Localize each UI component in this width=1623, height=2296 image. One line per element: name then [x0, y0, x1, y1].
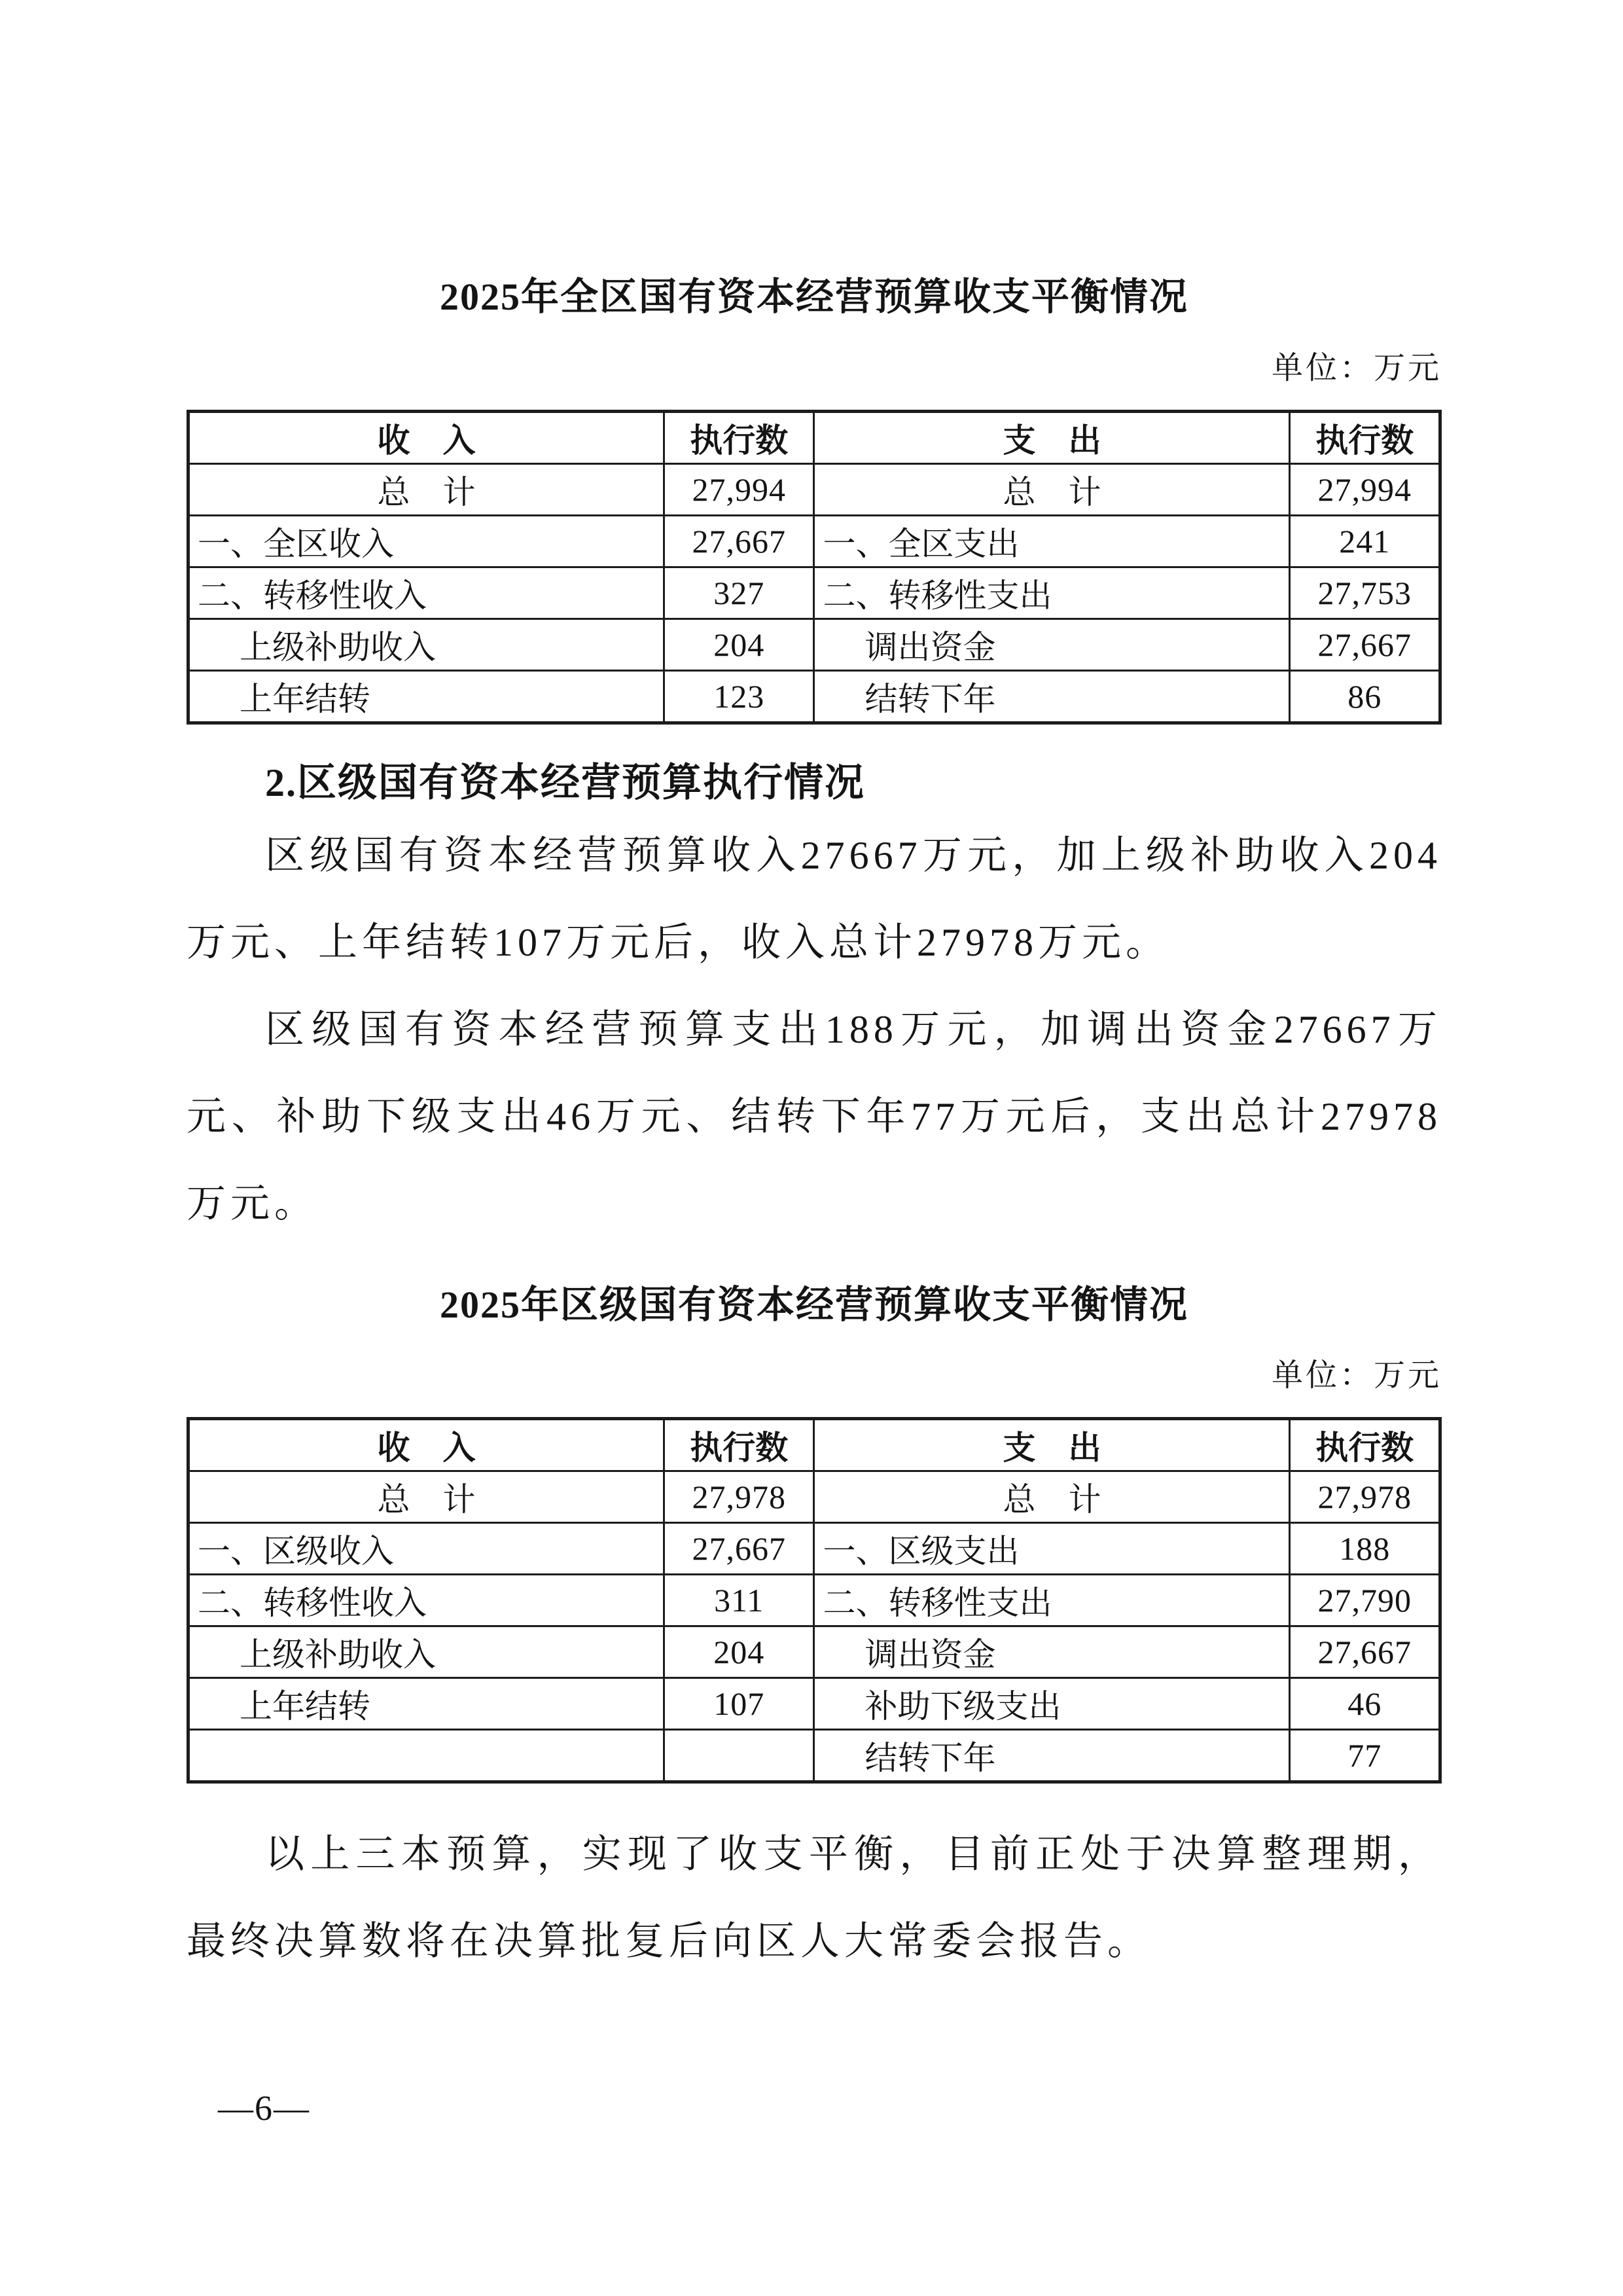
income-value: 204 — [664, 619, 814, 670]
table-row: 二、转移性收入 327 二、转移性支出 27,753 — [188, 567, 1440, 619]
income-value: 107 — [664, 1678, 814, 1730]
expense-item: 调出资金 — [814, 619, 1290, 670]
expense-value: 27,790 — [1290, 1575, 1440, 1626]
table1-title: 2025年全区国有资本经营预算收支平衡情况 — [187, 274, 1442, 321]
document-page: 2025年全区国有资本经营预算收支平衡情况 单位：万元 收 入 执行数 支 出 … — [187, 0, 1442, 1985]
income-value: 311 — [664, 1575, 814, 1626]
table-row: 上年结转 107 补助下级支出 46 — [188, 1678, 1440, 1730]
executed-header: 执行数 — [664, 411, 814, 463]
body-paragraphs: 区级国有资本经营预算收入27667万元，加上级补助收入204万元、上年结转107… — [187, 812, 1442, 1247]
expense-item: 调出资金 — [814, 1626, 1290, 1678]
expense-item: 二、转移性支出 — [814, 1575, 1290, 1626]
income-item: 一、区级收入 — [188, 1523, 664, 1575]
income-item: 上级补助收入 — [188, 619, 664, 670]
income-value: 204 — [664, 1626, 814, 1678]
expense-item: 总 计 — [814, 463, 1290, 515]
executed-header: 执行数 — [664, 1419, 814, 1471]
income-item: 总 计 — [188, 463, 664, 515]
expense-item: 结转下年 — [814, 1730, 1290, 1782]
income-header: 收 入 — [188, 1419, 664, 1471]
income-item: 二、转移性收入 — [188, 567, 664, 619]
expense-item: 一、区级支出 — [814, 1523, 1290, 1575]
income-header: 收 入 — [188, 411, 664, 463]
income-item: 上年结转 — [188, 1678, 664, 1730]
table-row: 总 计 27,978 总 计 27,978 — [188, 1471, 1440, 1523]
income-value: 327 — [664, 567, 814, 619]
expense-item: 二、转移性支出 — [814, 567, 1290, 619]
expense-item: 总 计 — [814, 1471, 1290, 1523]
expense-value: 188 — [1290, 1523, 1440, 1575]
budget-table-district-level: 收 入 执行数 支 出 执行数 总 计 27,978 总 计 27,978 一、… — [187, 1417, 1442, 1784]
expense-value: 27,667 — [1290, 1626, 1440, 1678]
expense-header: 支 出 — [814, 1419, 1290, 1471]
expense-value: 27,667 — [1290, 619, 1440, 670]
expense-item: 结转下年 — [814, 670, 1290, 723]
executed-header: 执行数 — [1290, 411, 1440, 463]
table-row: 总 计 27,994 总 计 27,994 — [188, 463, 1440, 515]
expense-value: 77 — [1290, 1730, 1440, 1782]
table-row: 上级补助收入 204 调出资金 27,667 — [188, 1626, 1440, 1678]
expense-item: 补助下级支出 — [814, 1678, 1290, 1730]
page-number: —6— — [218, 2088, 310, 2128]
income-value: 27,667 — [664, 515, 814, 567]
expense-value: 241 — [1290, 515, 1440, 567]
expense-value: 27,753 — [1290, 567, 1440, 619]
table-header-row: 收 入 执行数 支 出 执行数 — [188, 411, 1440, 463]
budget-table-district-wide: 收 入 执行数 支 出 执行数 总 计 27,994 总 计 27,994 一、… — [187, 410, 1442, 725]
income-item: 一、全区收入 — [188, 515, 664, 567]
paragraph-expense-summary: 区级国有资本经营预算支出188万元，加调出资金27667万元、补助下级支出46万… — [187, 986, 1442, 1247]
subsection-heading: 2.区级国有资本经营预算执行情况 — [187, 761, 1442, 804]
income-item: 二、转移性收入 — [188, 1575, 664, 1626]
table2-unit-label: 单位：万元 — [187, 1350, 1442, 1395]
income-item: 总 计 — [188, 1471, 664, 1523]
expense-value: 27,994 — [1290, 463, 1440, 515]
table-header-row: 收 入 执行数 支 出 执行数 — [188, 1419, 1440, 1471]
table2-title: 2025年区级国有资本经营预算收支平衡情况 — [187, 1282, 1442, 1329]
table-row: 二、转移性收入 311 二、转移性支出 27,790 — [188, 1575, 1440, 1626]
table-row: 结转下年 77 — [188, 1730, 1440, 1782]
expense-value: 46 — [1290, 1678, 1440, 1730]
income-item: 上级补助收入 — [188, 1626, 664, 1678]
executed-header: 执行数 — [1290, 1419, 1440, 1471]
income-value: 27,978 — [664, 1471, 814, 1523]
income-value-empty — [664, 1730, 814, 1782]
income-value: 27,994 — [664, 463, 814, 515]
paragraph-income-summary: 区级国有资本经营预算收入27667万元，加上级补助收入204万元、上年结转107… — [187, 812, 1442, 986]
income-value: 123 — [664, 670, 814, 723]
income-value: 27,667 — [664, 1523, 814, 1575]
table-row: 一、全区收入 27,667 一、全区支出 241 — [188, 515, 1440, 567]
expense-value: 27,978 — [1290, 1471, 1440, 1523]
expense-value: 86 — [1290, 670, 1440, 723]
expense-header: 支 出 — [814, 411, 1290, 463]
income-item-empty — [188, 1730, 664, 1782]
table-row: 上级补助收入 204 调出资金 27,667 — [188, 619, 1440, 670]
income-item: 上年结转 — [188, 670, 664, 723]
table1-unit-label: 单位：万元 — [187, 342, 1442, 387]
paragraph-closing: 以上三本预算，实现了收支平衡，目前正处于决算整理期，最终决算数将在决算批复后向区… — [187, 1811, 1442, 1985]
table-row: 上年结转 123 结转下年 86 — [188, 670, 1440, 723]
expense-item: 一、全区支出 — [814, 515, 1290, 567]
table-row: 一、区级收入 27,667 一、区级支出 188 — [188, 1523, 1440, 1575]
